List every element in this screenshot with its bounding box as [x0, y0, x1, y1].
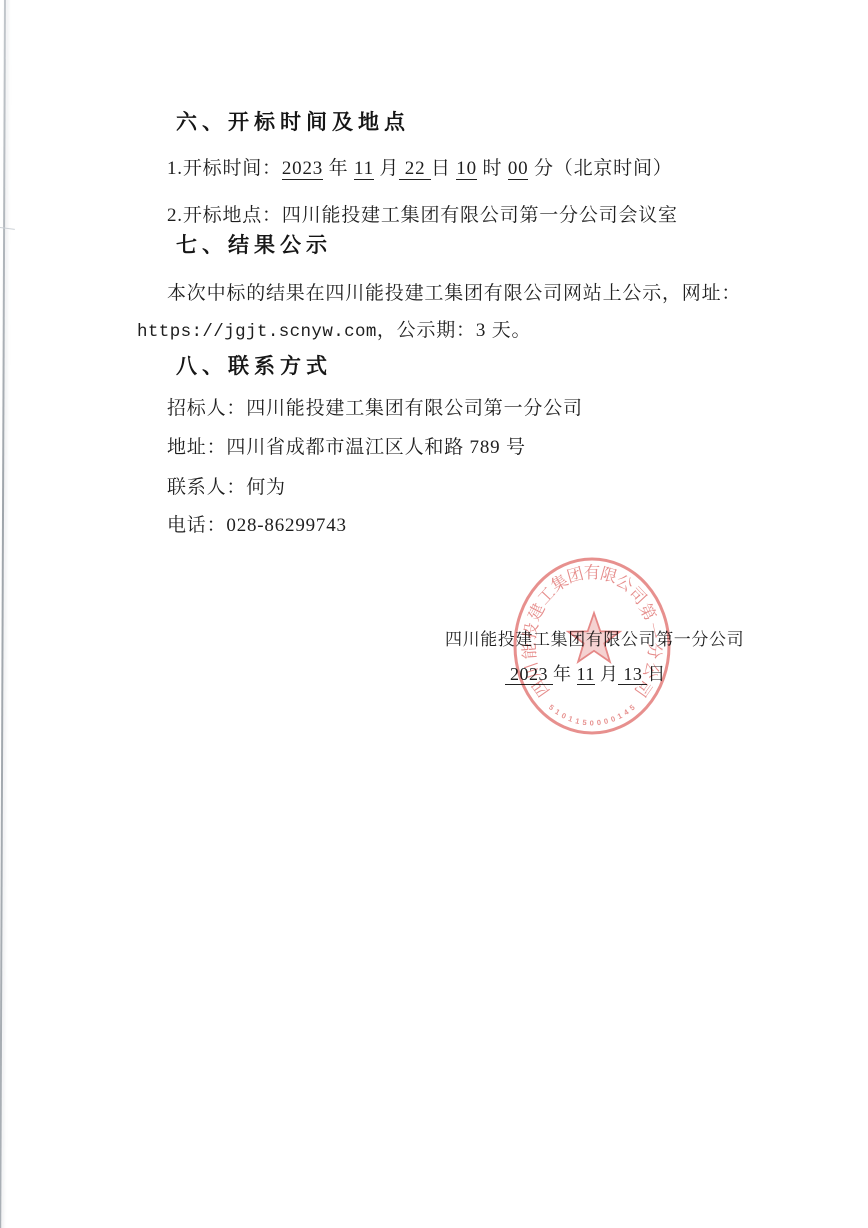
address-line: 地址：四川省成都市温江区人和路 789 号: [167, 437, 526, 459]
company-seal-stamp: 四川能投建工集团有限公司第一分公司5101150000145: [492, 546, 692, 746]
bid-time-line: 1.开标时间：2023 年 11 月 22 日 10 时 00 分（北京时间）: [167, 158, 673, 180]
bid-time-sep-hour: 时: [477, 158, 508, 179]
bid-time-hour: 10: [456, 158, 477, 180]
seal-serial-digit: 0: [603, 716, 609, 726]
bid-time-year: 2023: [282, 158, 323, 180]
star-icon: [568, 613, 619, 662]
seal-serial-digit: 0: [560, 711, 568, 721]
seal-serial-digit: 5: [582, 718, 588, 727]
publicity-period: ，公示期：3 天。: [377, 320, 531, 341]
bid-time-day: 22: [399, 158, 431, 180]
seal-arc-char: 分: [644, 642, 664, 660]
section-heading-contact: 八、联系方式: [176, 355, 332, 378]
bid-time-month: 11: [354, 158, 374, 180]
section-heading-bid-opening: 六、开标时间及地点: [176, 111, 410, 134]
seal-arc-char: 投: [520, 621, 542, 641]
seal-serial-digit: 0: [596, 718, 602, 727]
seal-serial-digit: 1: [567, 714, 574, 724]
bid-time-sep-day: 日: [431, 158, 456, 179]
bid-place-line: 2.开标地点：四川能投建工集团有限公司第一分公司会议室: [167, 205, 678, 227]
bid-time-sep-year: 年: [323, 158, 354, 179]
seal-arc-char: 能: [520, 642, 540, 660]
seal-serial-digit: 1: [574, 716, 580, 726]
contact-person-line: 联系人：何为: [167, 477, 286, 499]
scan-artifact-left-line: [0, 0, 6, 1228]
bid-time-label: 1.开标时间：: [167, 158, 282, 179]
result-publicity-paragraph-line2: https://jgjt.scnyw.com，公示期：3 天。: [137, 320, 531, 342]
seal-serial-digit: 5: [628, 702, 637, 712]
document-page: 六、开标时间及地点 1.开标时间：2023 年 11 月 22 日 10 时 0…: [0, 0, 868, 1228]
publicity-url: https://jgjt.scnyw.com: [137, 322, 377, 342]
section-heading-result-publicity: 七、结果公示: [176, 234, 332, 257]
tenderer-line: 招标人：四川能投建工集团有限公司第一分公司: [167, 398, 583, 420]
seal-arc-char: 一: [642, 621, 663, 641]
phone-line: 电话：028-86299743: [167, 515, 347, 537]
bid-time-sep-month: 月: [374, 158, 399, 179]
seal-arc-char: 司: [631, 676, 656, 700]
bid-time-sep-minute: 分（北京时间）: [528, 158, 672, 179]
result-publicity-paragraph-line1: 本次中标的结果在四川能投建工集团有限公司网站上公示，网址：: [167, 283, 741, 305]
seal-serial-digit: 0: [590, 719, 595, 728]
seal-arc-char: 有: [584, 563, 601, 582]
seal-serial-digit: 0: [610, 714, 617, 724]
bid-time-minute: 00: [508, 158, 529, 180]
seal-arc-char: 团: [565, 564, 586, 587]
